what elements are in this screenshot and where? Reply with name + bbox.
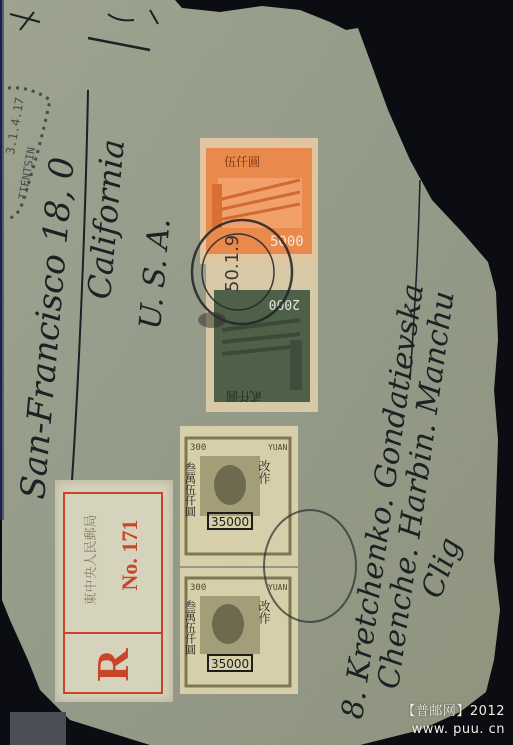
svg-text:改作: 改作 <box>257 460 271 484</box>
svg-text:50.1.9: 50.1.9 <box>222 235 243 292</box>
svg-text:YUAN: YUAN <box>268 583 287 592</box>
registration-letter: R <box>88 635 138 695</box>
svg-text:300: 300 <box>190 583 206 593</box>
svg-text:伍仟圓: 伍仟圓 <box>224 155 260 169</box>
registration-number: No. 171 <box>115 500 145 610</box>
svg-text:300: 300 <box>190 443 206 453</box>
svg-text:35000: 35000 <box>211 515 249 529</box>
stamp-orange-gate: 伍仟圓 5000 <box>200 138 318 264</box>
label-divider <box>63 632 163 634</box>
registration-label: 東中央人民郵局 No. 171 R <box>55 480 173 702</box>
svg-text:YUAN: YUAN <box>268 443 287 452</box>
watermark-line-1: 【普邮网】2012 <box>402 700 505 719</box>
stamp-mao-bottom: 300 YUAN 35000 叁萬伍仟圓 改作 <box>180 568 298 694</box>
svg-text:改作: 改作 <box>257 600 271 624</box>
svg-text:35000: 35000 <box>211 657 249 671</box>
watermark-line-2: www. puu. cn <box>402 722 505 737</box>
svg-text:叁萬伍仟圓: 叁萬伍仟圓 <box>184 462 197 518</box>
svg-text:叁萬伍仟圓: 叁萬伍仟圓 <box>184 600 197 656</box>
label-office-text: 東中央人民郵局 <box>80 495 100 625</box>
stamp-mao-top: 300 YUAN 35000 叁萬伍仟圓 改作 <box>180 426 298 566</box>
svg-text:貳仟圓: 貳仟圓 <box>226 389 262 404</box>
corner-logo-icon <box>10 712 66 745</box>
watermark: 【普邮网】2012 www. puu. cn <box>402 700 505 737</box>
